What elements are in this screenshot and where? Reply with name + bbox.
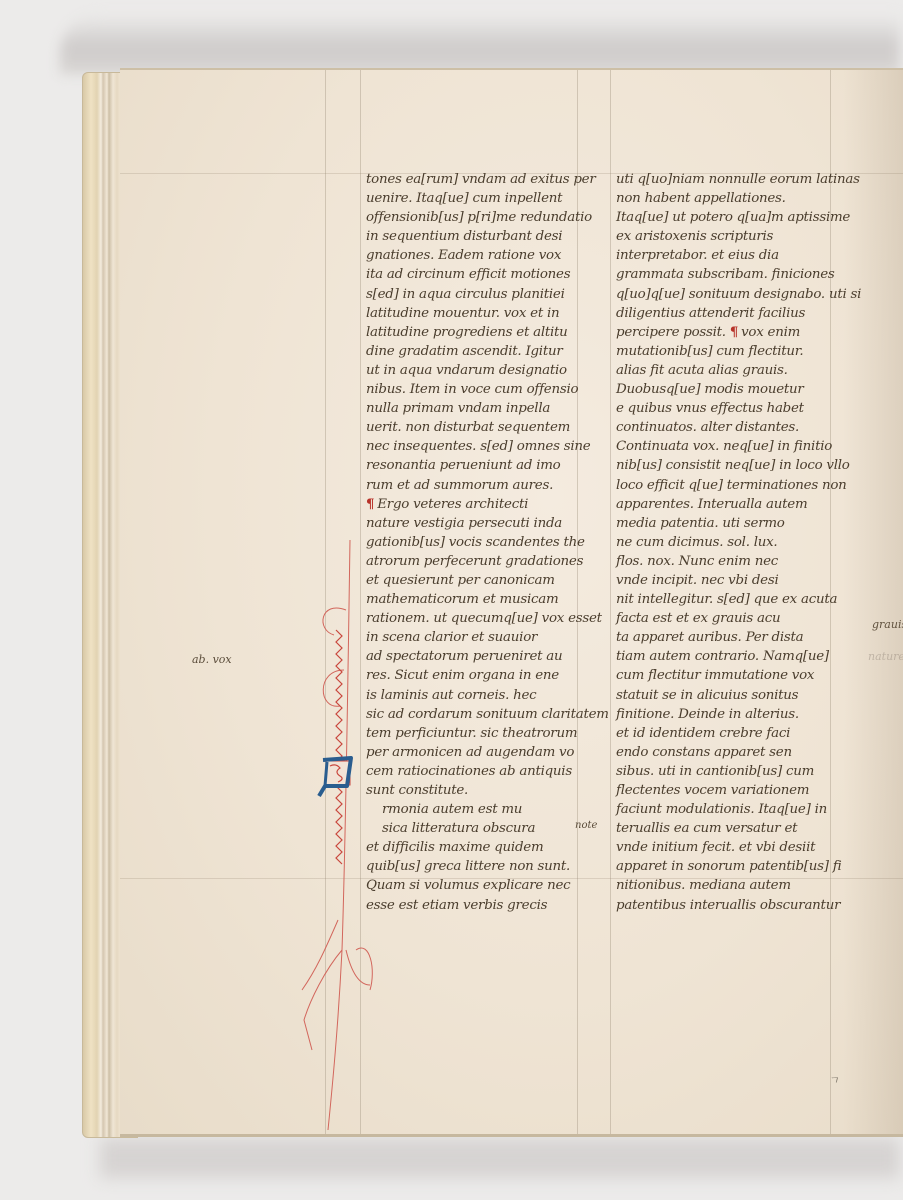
text-line: ita ad circinum efficit motiones	[366, 265, 592, 284]
text-line: nitionibus. mediana autem	[616, 876, 856, 895]
text-line: continuatos. alter distantes.	[616, 418, 856, 437]
text-line: rmonia autem est mu	[366, 800, 592, 819]
text-line: flos. nox. Nunc enim nec	[616, 552, 856, 571]
text-line: gationib[us] vocis scandentes the	[366, 533, 592, 552]
text-line: Itaq[ue] ut potero q[ua]m aptissime	[616, 208, 856, 227]
text-line: flectentes vocem variationem	[616, 781, 856, 800]
text-line: res. Sicut enim organa in ene	[366, 666, 592, 685]
text-line: apparentes. Interualla autem	[616, 495, 856, 514]
text-line: faciunt modulationis. Itaq[ue] in	[616, 800, 856, 819]
faint-marginal-note: nature	[868, 650, 903, 663]
text-line: interpretabor. et eius dia	[616, 246, 856, 265]
text-line: nature vestigia persecuti inda	[366, 514, 592, 533]
manuscript-book: tones ea[rum] vndam ad exitus per uenire…	[82, 68, 903, 1136]
text-line: diligentius attenderit facilius	[616, 304, 856, 323]
text-line: nec insequentes. s[ed] omnes sine	[366, 437, 592, 456]
text-line: statuit se in alicuius sonitus	[616, 686, 856, 705]
text-line: et id identidem crebre faci	[616, 724, 856, 743]
text-column-right: uti q[uo]niam nonnulle eorum latinas non…	[616, 170, 856, 915]
text-line: loco efficit q[ue] terminationes non	[616, 476, 856, 495]
text-line: nibus. Item in voce cum offensio	[366, 380, 592, 399]
text-line: teruallis ea cum versatur et	[616, 819, 856, 838]
text-column-left: tones ea[rum] vndam ad exitus per uenire…	[366, 170, 592, 915]
text-line: mathematicorum et musicam	[366, 590, 592, 609]
text-line: gnationes. Eadem ratione vox	[366, 246, 592, 265]
marginal-note-note: note	[575, 820, 597, 831]
marginal-note-right: grauis	[872, 618, 903, 631]
text-line: rum et ad summorum aures.	[366, 476, 592, 495]
marginal-note-left: ab. vox	[192, 653, 232, 666]
manuscript-page: tones ea[rum] vndam ad exitus per uenire…	[120, 68, 903, 1137]
text-line: nit intellegitur. s[ed] que ex acuta	[616, 590, 856, 609]
text-line: grammata subscribam. finiciones	[616, 265, 856, 284]
text-line: et difficilis maxime quidem	[366, 838, 592, 857]
text-line: in scena clarior et suauior	[366, 628, 592, 647]
text-line: Duobusq[ue] modis mouetur	[616, 380, 856, 399]
text-line: ex aristoxenis scripturis	[616, 227, 856, 246]
text-line: ne cum dicimus. sol. lux.	[616, 533, 856, 552]
text-line: per armonicen ad augendam vo	[366, 743, 592, 762]
text-line: mutationib[us] cum flectitur.	[616, 342, 856, 361]
text-line: Continuata vox. neq[ue] in finitio	[616, 437, 856, 456]
text-line: esse est etiam verbis grecis	[366, 896, 592, 915]
text-line: alias fit acuta alias grauis.	[616, 361, 856, 380]
text-line: tiam autem contrario. Namq[ue]	[616, 647, 856, 666]
text-line: apparet in sonorum patentib[us] fi	[616, 857, 856, 876]
text-line: tem perficiuntur. sic theatrorum	[366, 724, 592, 743]
text-line: uti q[uo]niam nonnulle eorum latinas	[616, 170, 856, 189]
decorated-initial-a	[313, 756, 355, 798]
text-line: vnde initium fecit. et vbi desiit	[616, 838, 856, 857]
text-line: is laminis aut corneis. hec	[366, 686, 592, 705]
paraph-mark: ¶	[730, 324, 738, 340]
text-line: s[ed] in aqua circulus planitiei	[366, 285, 592, 304]
text-line: et quesierunt per canonicam	[366, 571, 592, 590]
text-line: ad spectatorum perueniret au	[366, 647, 592, 666]
text-line: nib[us] consistit neq[ue] in loco vllo	[616, 456, 856, 475]
text-line-with-paraph: percipere possit. ¶vox enim	[616, 323, 856, 342]
text-line: sibus. uti in cantionib[us] cum	[616, 762, 856, 781]
text-line: patentibus interuallis obscurantur	[616, 896, 856, 915]
text-line: latitudine mouentur. vox et in	[366, 304, 592, 323]
text-line: uenire. Itaq[ue] cum inpellent	[366, 189, 592, 208]
text-line: vnde incipit. nec vbi desi	[616, 571, 856, 590]
paraph-mark: ¶	[366, 496, 374, 512]
text-line-with-paraph: ¶Ergo veteres architecti	[366, 495, 592, 514]
text-line: cem ratiocinationes ab antiquis	[366, 762, 592, 781]
text-line: in sequentium disturbant desi	[366, 227, 592, 246]
text-line: cum flectitur immutatione vox	[616, 666, 856, 685]
text-line: endo constans apparet sen	[616, 743, 856, 762]
text-line: Quam si volumus explicare nec	[366, 876, 592, 895]
text-line: facta est et ex grauis acu	[616, 609, 856, 628]
text-line: non habent appellationes.	[616, 189, 856, 208]
text-line: dine gradatim ascendit. Igitur	[366, 342, 592, 361]
book-shadow-bottom	[100, 1138, 900, 1178]
text-line: latitudine progrediens et altitu	[366, 323, 592, 342]
text-line: q[uo]q[ue] sonituum designabo. uti si	[616, 285, 856, 304]
text-line: media patentia. uti sermo	[616, 514, 856, 533]
text-line: resonantia perueniunt ad imo	[366, 456, 592, 475]
book-shadow-top	[60, 14, 900, 74]
text-line: offensionib[us] p[ri]me redundatio	[366, 208, 592, 227]
text-line: sunt constitute.	[366, 781, 592, 800]
text-line: finitione. Deinde in alterius.	[616, 705, 856, 724]
text-line: e quibus vnus effectus habet	[616, 399, 856, 418]
text-line: tones ea[rum] vndam ad exitus per	[366, 170, 592, 189]
text-line: atrorum perfecerunt gradationes	[366, 552, 592, 571]
text-line: uerit. non disturbat sequentem	[366, 418, 592, 437]
text-line: sic ad cordarum sonituum claritatem	[366, 705, 592, 724]
text-line: quib[us] greca littere non sunt.	[366, 857, 592, 876]
bottom-pencil-mark: ㄱ	[828, 1072, 839, 1088]
text-line: rationem. ut quecumq[ue] vox esset	[366, 609, 592, 628]
text-line: sica litteratura obscura	[366, 819, 592, 838]
text-line: ut in aqua vndarum designatio	[366, 361, 592, 380]
text-line: nulla primam vndam inpella	[366, 399, 592, 418]
text-line: ta apparet auribus. Per dista	[616, 628, 856, 647]
